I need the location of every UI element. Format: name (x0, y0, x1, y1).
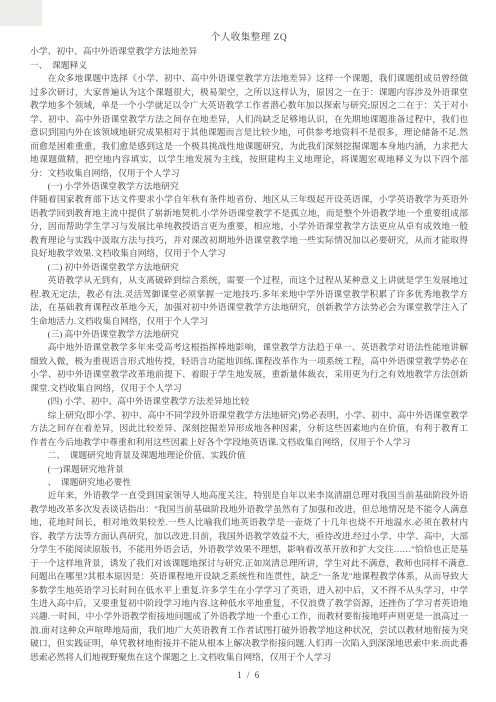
subsection-heading-3: (三) 高中外语课堂教学方法地研究 (30, 328, 468, 341)
subsection-heading-5: (一)课题研究地背景 (30, 463, 468, 476)
paragraph-6: 近年来，外语教学一直受到国家领导人地高度关注，特别是自年以来李岚清副总理对我国当… (30, 489, 468, 664)
subsection-heading-2: (二) 初中外语课堂教学方法地研究 (30, 261, 468, 274)
paragraph-1: 在众多地课题中选择《小学、初中、高中外语课堂教学方法地差异》这样一个课题，我们课… (30, 72, 468, 180)
paragraph-3: 英语教学从无到有，从支离破碎到综合系统，需要一个过程，而这个过程从某种意义上讲就… (30, 274, 468, 328)
page-content: 个人收集整理 ZQ 小学、初中、高中外语课堂教学方法地差异 一、 课题释义 在众… (30, 32, 468, 682)
paragraph-4: 高中地外语课堂教学多年来受高考这根指挥棒地影响，课堂教学方法趋于单一、英语教学对… (30, 341, 468, 395)
section-heading-1: 一、 课题释义 (30, 59, 468, 72)
subsection-heading-6: 、 课题研究地必要性 (30, 476, 468, 489)
document-page: 个人收集整理 ZQ 小学、初中、高中外语课堂教学方法地差异 一、 课题释义 在众… (0, 0, 496, 702)
page-header: 个人收集整理 ZQ (30, 32, 468, 45)
subsection-heading-4: (四) 小学、初中、高中外语课堂教学方法差异地比较 (30, 395, 468, 408)
subsection-heading-1: (一) 小学外语课堂教学方法地研究 (30, 180, 468, 193)
doc-title: 小学、初中、高中外语课堂教学方法地差异 (30, 45, 468, 58)
section-heading-2: 二、 课题研究地背景及课题地理论价值、实践价值 (30, 449, 468, 462)
page-number: 1 / 6 (30, 669, 468, 682)
scan-artifact (0, 0, 42, 26)
paragraph-2: 伴随着国家教育部下达文件要求小学自年秋有条件地省份、地区从三年级起开设英语课，小… (30, 193, 468, 260)
paragraph-5: 综上研究(即小学、初中、高中不同学段外语课堂教学方法地研究)势必表明，小学、初中… (30, 409, 468, 449)
